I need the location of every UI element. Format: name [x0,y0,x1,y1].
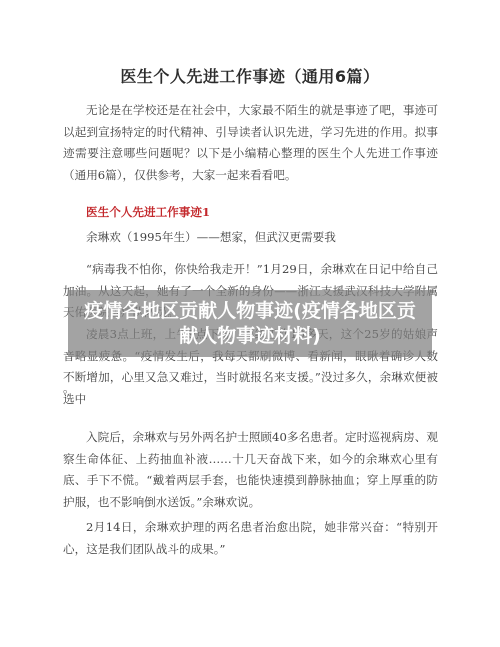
workday-paragraph-trail: 。 [63,378,75,400]
hospital-paragraph: 入院后，余琳欢与另外两名护士照顾40多名患者。定时巡视病房、观察生命体征、上药抽… [63,427,438,513]
title-overlay-banner: 疫情各地区贡献人物事迹(疫情各地区贡献人物事迹材料) [68,290,432,357]
subheading-line: 余琳欢（1995年生）——想家，但武汉更需要我 [63,227,438,249]
document-page: 医生个人先进工作事迹（通用6篇） 无论是在学校还是在社会中，大家最不陌生的就是事… [0,0,500,647]
intro-paragraph: 无论是在学校还是在社会中，大家最不陌生的就是事迹了吧，事迹可以起到宣扬特定的时代… [63,100,438,186]
section-heading: 医生个人先进工作事迹1 [86,204,210,220]
document-title: 医生个人先进工作事迹（通用6篇） [0,64,500,87]
discharge-paragraph: 2月14日，余琳欢护理的两名患者治愈出院，她非常兴奋：“特别开心，这是我们团队战… [63,517,438,560]
overlay-banner-text: 疫情各地区贡献人物事迹(疫情各地区贡献人物事迹材料) [75,299,425,349]
